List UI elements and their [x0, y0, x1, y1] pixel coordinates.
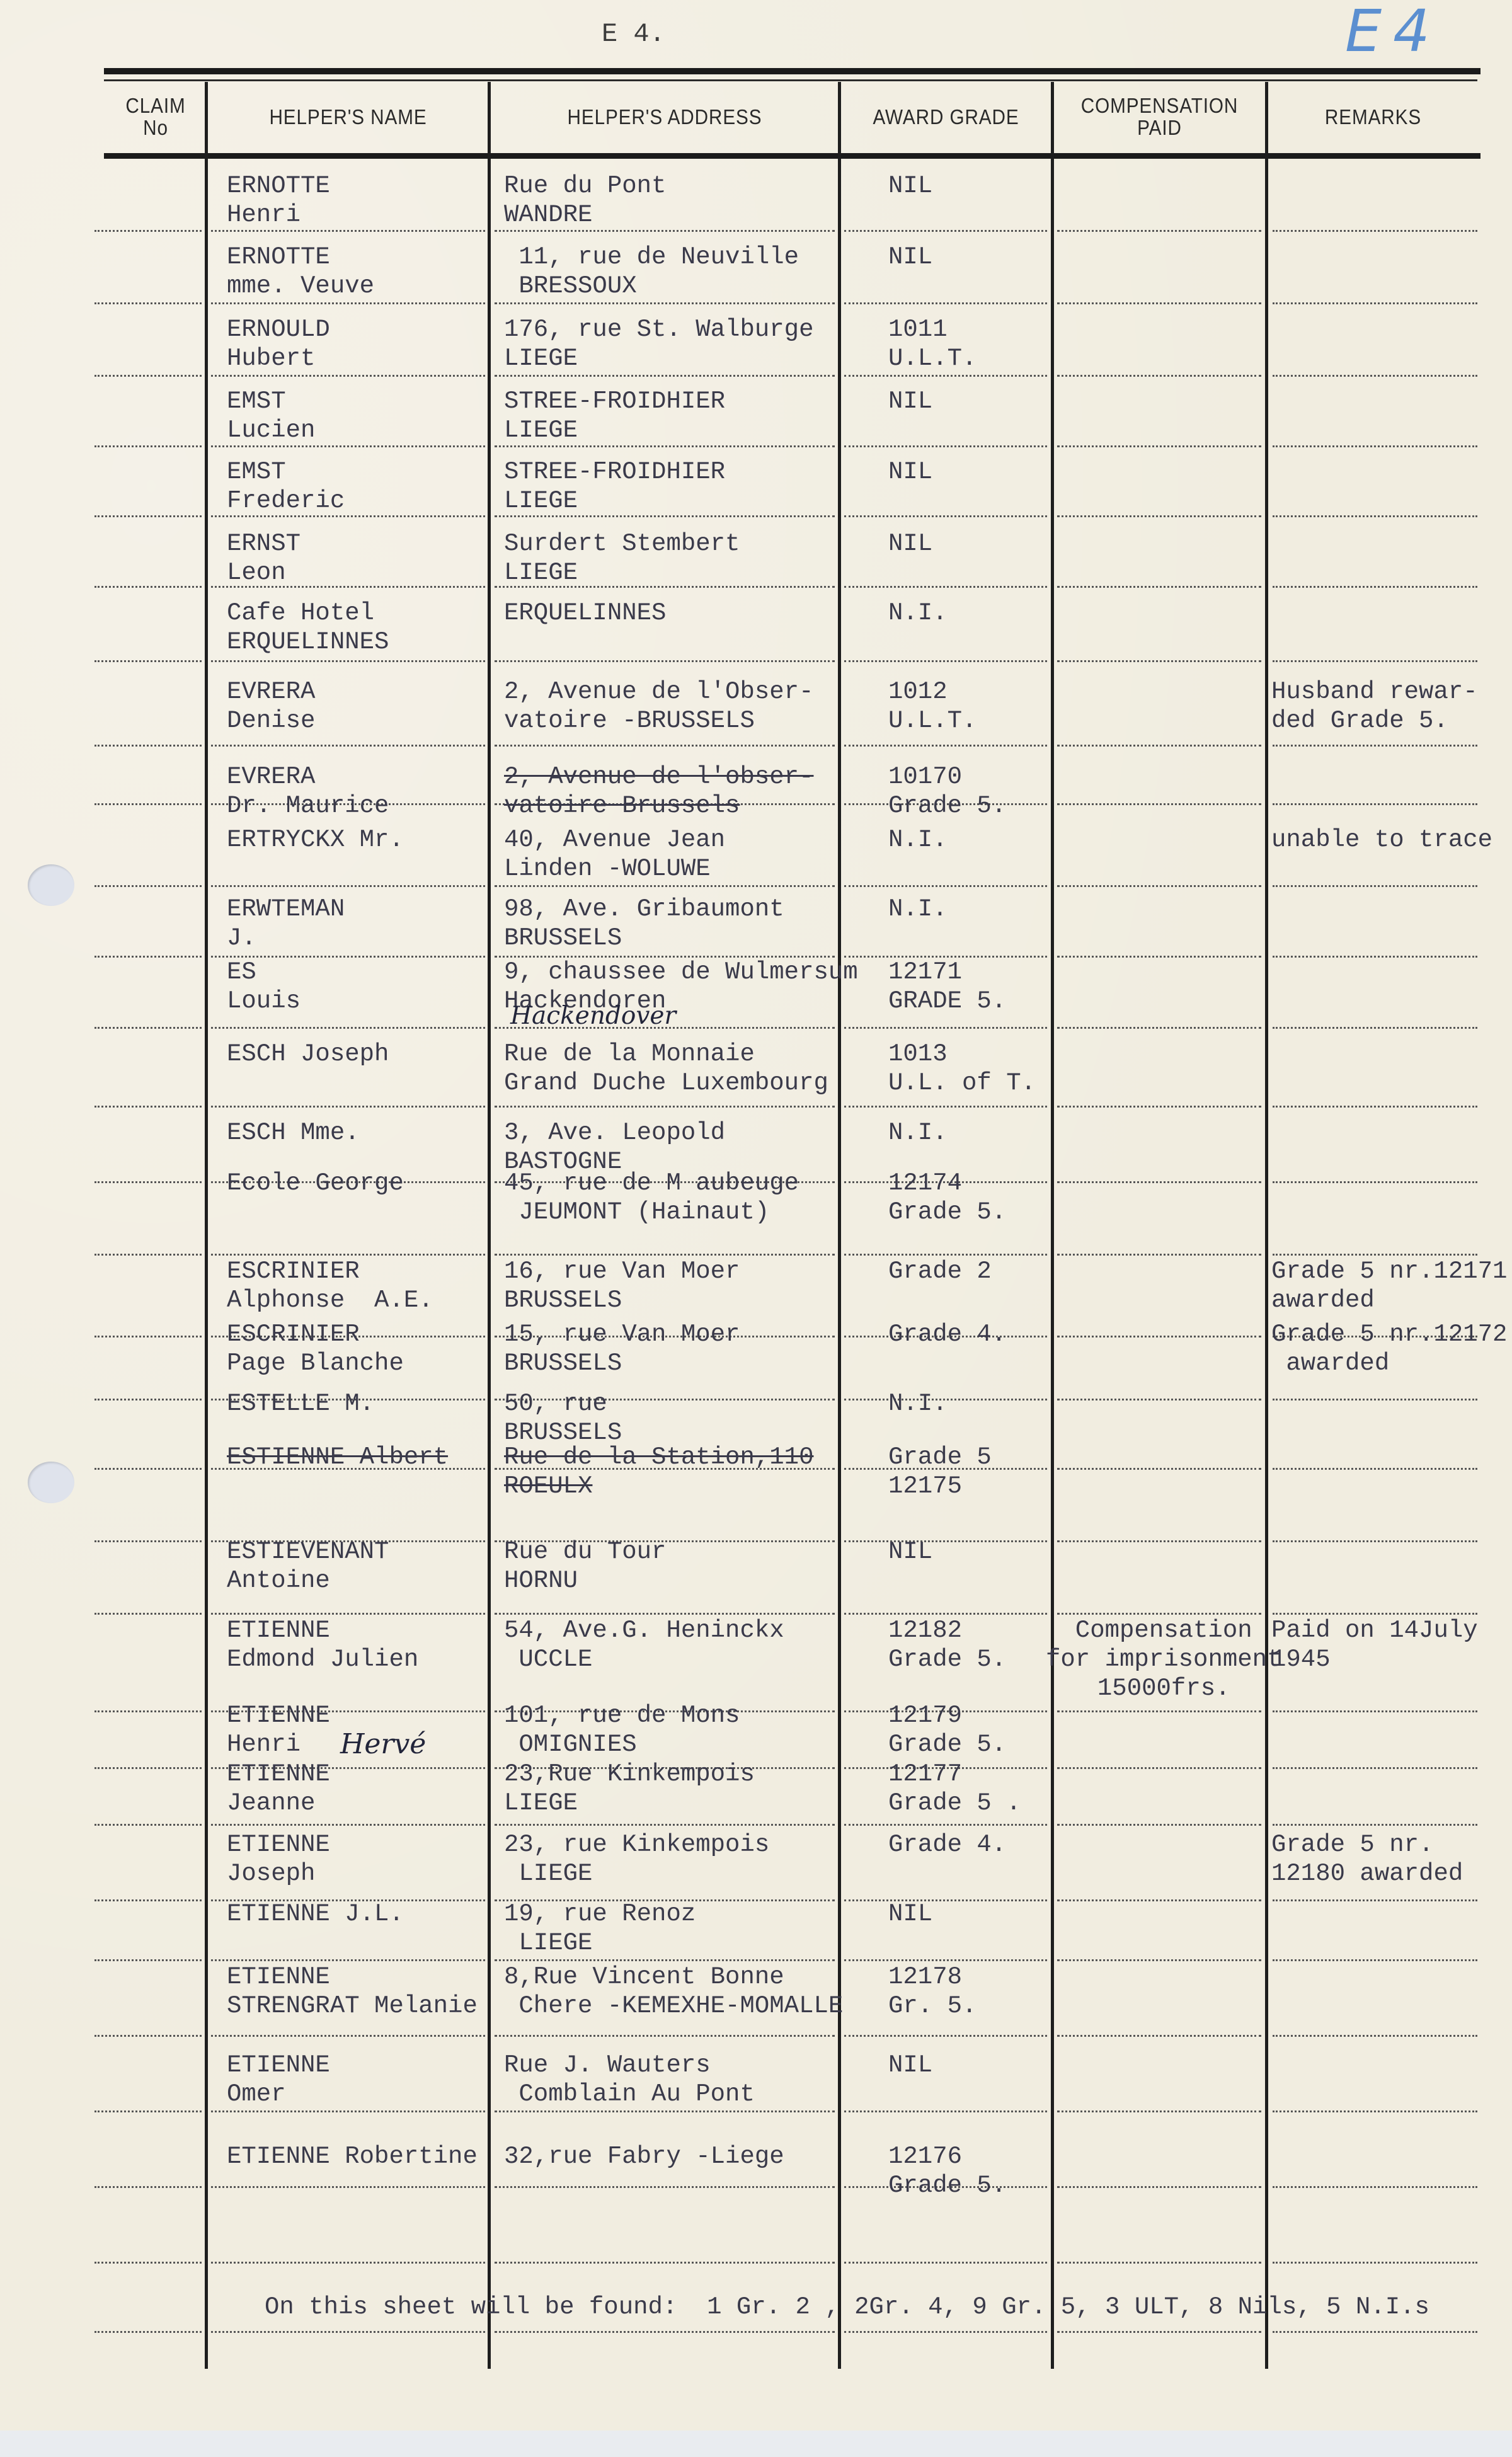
row-separator: [1273, 1106, 1477, 1108]
column-divider: [838, 82, 841, 2369]
header-helper-address: HELPER'S ADDRESS: [509, 82, 821, 152]
row-separator: [1273, 2186, 1477, 2188]
row-separator: [1057, 745, 1261, 747]
helper-address-cell: Rue du Pont WANDRE: [504, 171, 666, 229]
helper-address-cell: 45, rue de M aubeuge JEUMONT (Hainaut): [504, 1169, 799, 1227]
helper-name-cell: ESTELLE M.: [227, 1389, 374, 1418]
row-separator: [1057, 375, 1261, 377]
row-separator: [1057, 1399, 1261, 1400]
row-separator: [1273, 2110, 1477, 2112]
row-separator: [844, 885, 1047, 887]
row-separator: [495, 375, 835, 377]
helper-address-cell: 11, rue de Neuville BRESSOUX: [504, 243, 799, 301]
row-separator: [1273, 1613, 1477, 1615]
helper-address-cell: Rue J. Wauters Comblain Au Pont: [504, 2051, 755, 2109]
row-separator: [844, 660, 1047, 662]
row-separator: [211, 2110, 485, 2112]
helper-name-cell: Ecole George: [227, 1169, 404, 1198]
row-separator: [94, 1027, 202, 1029]
row-separator: [495, 660, 835, 662]
row-separator: [211, 660, 485, 662]
row-separator: [211, 1106, 485, 1108]
row-separator: [94, 1710, 202, 1712]
row-separator: [495, 445, 835, 447]
row-separator: [1057, 2035, 1261, 2037]
header-claim-no: CLAIM No: [111, 82, 200, 152]
row-separator: [495, 515, 835, 517]
row-separator: [211, 375, 485, 377]
row-separator: [211, 1254, 485, 1256]
row-separator: [495, 1824, 835, 1826]
row-separator: [94, 1399, 202, 1400]
row-separator: [844, 445, 1047, 447]
row-separator: [1057, 230, 1261, 232]
award-grade-cell: NIL: [888, 2051, 932, 2080]
row-separator: [844, 1106, 1047, 1108]
row-separator: [844, 2035, 1047, 2037]
helper-name-cell: EMST Frederic: [227, 457, 345, 515]
helper-address-cell: 98, Ave. Gribaumont BRUSSELS: [504, 895, 784, 953]
row-separator: [1057, 1106, 1261, 1108]
row-separator: [1273, 745, 1477, 747]
helper-address-cell: 32,rue Fabry -Liege: [504, 2142, 784, 2171]
award-grade-cell: 1013 U.L. of T.: [888, 1039, 1036, 1097]
row-separator: [94, 2186, 202, 2188]
helper-name-cell: ESTIENNE Albert: [227, 1443, 448, 1472]
row-separator: [1273, 1540, 1477, 1542]
row-separator: [94, 515, 202, 517]
helper-address-cell: 3, Ave. Leopold BASTOGNE: [504, 1118, 725, 1176]
helper-name-cell: ETIENNE Jeanne: [227, 1760, 330, 1818]
award-grade-cell: N.I.: [888, 825, 948, 854]
award-grade-cell: 12171 GRADE 5.: [888, 958, 1006, 1016]
row-separator: [1057, 2331, 1261, 2333]
header-remarks: REMARKS: [1278, 82, 1469, 152]
helper-name-cell: ERWTEMAN J.: [227, 895, 345, 953]
header-bottom-rule: [104, 153, 1480, 159]
award-grade-cell: 12174 Grade 5.: [888, 1169, 1006, 1227]
row-separator: [94, 445, 202, 447]
row-separator: [844, 1899, 1047, 1901]
helper-address-cell: Surdert Stembert LIEGE: [504, 529, 740, 587]
row-separator: [495, 2110, 835, 2112]
row-separator: [211, 1613, 485, 1615]
row-separator: [1273, 956, 1477, 958]
helper-address-cell: ERQUELINNES: [504, 598, 666, 627]
helper-name-cell: ETIENNE Henri: [227, 1701, 330, 1759]
row-separator: [94, 885, 202, 887]
award-grade-cell: N.I.: [888, 598, 948, 627]
award-grade-cell: 10170 Grade 5.: [888, 762, 1006, 820]
helper-address-cell: STREE-FROIDHIER LIEGE: [504, 457, 725, 515]
row-separator: [1057, 586, 1261, 588]
award-grade-cell: 12177 Grade 5 .: [888, 1760, 1021, 1818]
row-separator: [495, 2035, 835, 2037]
helper-name-cell: ESCRINIER Page Blanche: [227, 1320, 404, 1378]
handwritten-sheet-code: E4: [1345, 0, 1441, 65]
row-separator: [94, 1824, 202, 1826]
row-separator: [844, 1027, 1047, 1029]
row-separator: [1057, 1540, 1261, 1542]
row-separator: [1273, 803, 1477, 805]
row-separator: [495, 885, 835, 887]
row-separator: [94, 660, 202, 662]
award-grade-cell: 12182 Grade 5.: [888, 1616, 1006, 1674]
helper-address-cell: STREE-FROIDHIER LIEGE: [504, 387, 725, 445]
award-grade-cell: N.I.: [888, 895, 948, 924]
row-separator: [94, 2110, 202, 2112]
row-separator: [94, 745, 202, 747]
row-separator: [1273, 1959, 1477, 1961]
helper-address-cell: Rue de la Monnaie Grand Duche Luxembourg: [504, 1039, 828, 1097]
row-separator: [1057, 660, 1261, 662]
remarks-cell: Grade 5 nr. 12180 awarded: [1271, 1830, 1463, 1888]
row-separator: [211, 885, 485, 887]
helper-name-cell: ESCRINIER Alphonse A.E.: [227, 1257, 433, 1315]
award-grade-cell: 12179 Grade 5.: [888, 1701, 1006, 1759]
row-separator: [1057, 1468, 1261, 1470]
row-separator: [844, 1254, 1047, 1256]
row-separator: [94, 230, 202, 232]
row-separator: [94, 2035, 202, 2037]
helper-name-cell: ETIENNE STRENGRAT Melanie: [227, 1962, 478, 2020]
award-grade-cell: 12176 Grade 5.: [888, 2142, 1006, 2200]
helper-address-cell: 16, rue Van Moer BRUSSELS: [504, 1257, 740, 1315]
row-separator: [94, 2262, 202, 2264]
row-separator: [844, 515, 1047, 517]
remarks-cell: Paid on 14July 1945: [1271, 1616, 1478, 1674]
helper-name-cell: ESCH Mme.: [227, 1118, 360, 1147]
row-separator: [1057, 1899, 1261, 1901]
helper-address-cell: 50, rue BRUSSELS: [504, 1389, 622, 1447]
helper-address-cell: Rue du Tour HORNU: [504, 1537, 666, 1595]
row-separator: [1273, 1181, 1477, 1183]
remarks-cell: Husband rewar- ded Grade 5.: [1271, 677, 1478, 735]
row-separator: [1273, 1399, 1477, 1400]
helper-name-cell: ETIENNE Robertine: [227, 2142, 478, 2171]
helper-name-cell: ETIENNE Joseph: [227, 1830, 330, 1888]
row-separator: [844, 2262, 1047, 2264]
helper-address-cell: 15, rue Van Moer BRUSSELS: [504, 1320, 740, 1378]
row-separator: [94, 2331, 202, 2333]
row-separator: [94, 586, 202, 588]
row-separator: [1057, 803, 1261, 805]
row-separator: [1273, 1254, 1477, 1256]
row-separator: [844, 586, 1047, 588]
row-separator: [211, 1959, 485, 1961]
row-separator: [1057, 1027, 1261, 1029]
row-separator: [211, 745, 485, 747]
row-separator: [495, 230, 835, 232]
row-separator: [94, 1181, 202, 1183]
helper-address-cell: 19, rue Renoz LIEGE: [504, 1899, 696, 1957]
row-separator: [1057, 515, 1261, 517]
award-grade-cell: NIL: [888, 1899, 932, 1928]
helper-name-cell: ERNOULD Hubert: [227, 315, 330, 373]
sheet-code: E 4.: [602, 19, 665, 49]
row-separator: [1057, 1824, 1261, 1826]
row-separator: [1273, 1468, 1477, 1470]
row-separator: [1273, 885, 1477, 887]
award-grade-cell: 12178 Gr. 5.: [888, 1962, 976, 2020]
row-separator: [211, 2035, 485, 2037]
row-separator: [1273, 586, 1477, 588]
row-separator: [1273, 230, 1477, 232]
row-separator: [211, 302, 485, 304]
remarks-cell: unable to trace: [1271, 825, 1492, 854]
row-separator: [844, 230, 1047, 232]
row-separator: [211, 2186, 485, 2188]
punch-hole: [28, 1462, 74, 1503]
row-separator: [1273, 1767, 1477, 1769]
handwritten-name-correction: Hervé: [340, 1730, 426, 1759]
row-separator: [94, 302, 202, 304]
helper-address-cell: 8,Rue Vincent Bonne Chere -KEMEXHE-MOMAL…: [504, 1962, 843, 2020]
row-separator: [94, 1899, 202, 1901]
helper-name-cell: ESCH Joseph: [227, 1039, 389, 1068]
row-separator: [495, 2186, 835, 2188]
row-separator: [94, 1336, 202, 1337]
helper-address-cell: 54, Ave.G. Heninckx UCCLE: [504, 1616, 784, 1674]
helper-address-cell: 23,Rue Kinkempois LIEGE: [504, 1760, 755, 1818]
punch-hole: [28, 864, 74, 906]
row-separator: [1273, 445, 1477, 447]
row-separator: [211, 1027, 485, 1029]
row-separator: [1273, 660, 1477, 662]
helper-name-cell: ETIENNE J.L.: [227, 1899, 404, 1928]
helper-name-cell: ES Louis: [227, 958, 301, 1016]
award-grade-cell: Grade 4.: [888, 1830, 1006, 1859]
row-separator: [844, 302, 1047, 304]
row-separator: [1057, 956, 1261, 958]
row-separator: [844, 745, 1047, 747]
column-divider: [1051, 82, 1054, 2369]
row-separator: [495, 745, 835, 747]
row-separator: [1057, 1336, 1261, 1337]
helper-name-cell: EVRERA Denise: [227, 677, 315, 735]
award-grade-cell: Grade 4.: [888, 1320, 1006, 1349]
row-separator: [1273, 2035, 1477, 2037]
header-award-grade: AWARD GRADE: [852, 82, 1041, 152]
award-grade-cell: NIL: [888, 171, 932, 200]
row-separator: [1273, 1710, 1477, 1712]
header-top-thin-rule: [104, 79, 1477, 81]
helper-address-cell: Rue de la Station,110 ROEULX: [504, 1443, 813, 1501]
row-separator: [1057, 1181, 1261, 1183]
row-separator: [1057, 1767, 1261, 1769]
row-separator: [1273, 375, 1477, 377]
helper-name-cell: EVRERA Dr. Maurice: [227, 762, 389, 820]
helper-name-cell: ERNOTTE Henri: [227, 171, 330, 229]
helper-address-cell: 40, Avenue Jean Linden -WOLUWE: [504, 825, 725, 883]
award-grade-cell: 1012 U.L.T.: [888, 677, 976, 735]
row-separator: [94, 1468, 202, 1470]
row-separator: [495, 302, 835, 304]
row-separator: [844, 1824, 1047, 1826]
helper-address-cell: 23, rue Kinkempois LIEGE: [504, 1830, 769, 1888]
row-separator: [94, 1613, 202, 1615]
remarks-cell: Grade 5 nr.12172 awarded: [1271, 1320, 1507, 1378]
helper-address-cell: 2, Avenue de l'Obser- vatoire -BRUSSELS: [504, 677, 813, 735]
award-grade-cell: N.I.: [888, 1389, 948, 1418]
sheet-summary: On this sheet will be found: 1 Gr. 2 , 2…: [265, 2293, 1429, 2321]
row-separator: [211, 445, 485, 447]
row-separator: [844, 2110, 1047, 2112]
row-separator: [495, 2331, 835, 2333]
row-separator: [1273, 302, 1477, 304]
header-top-rule: [104, 68, 1480, 74]
helper-name-cell: ETIENNE Edmond Julien: [227, 1616, 418, 1674]
row-separator: [1273, 1027, 1477, 1029]
column-divider: [205, 82, 208, 2369]
helper-name-cell: ERNOTTE mme. Veuve: [227, 243, 374, 301]
row-separator: [211, 230, 485, 232]
award-grade-cell: 1011 U.L.T.: [888, 315, 976, 373]
row-separator: [1057, 2186, 1261, 2188]
row-separator: [844, 1540, 1047, 1542]
award-grade-cell: NIL: [888, 387, 932, 416]
row-separator: [211, 2262, 485, 2264]
row-separator: [1273, 515, 1477, 517]
row-separator: [1057, 302, 1261, 304]
award-grade-cell: NIL: [888, 529, 932, 558]
row-separator: [1273, 1824, 1477, 1826]
handwritten-address-correction: Hackendover: [510, 1002, 676, 1031]
row-separator: [495, 1106, 835, 1108]
award-grade-cell: Grade 2: [888, 1257, 992, 1286]
row-separator: [844, 1959, 1047, 1961]
row-separator: [94, 956, 202, 958]
award-grade-cell: NIL: [888, 1537, 932, 1566]
row-separator: [211, 515, 485, 517]
row-separator: [495, 1254, 835, 1256]
row-separator: [844, 1613, 1047, 1615]
helper-name-cell: ERTRYCKX Mr.: [227, 825, 404, 854]
award-grade-cell: N.I.: [888, 1118, 948, 1147]
row-separator: [495, 1959, 835, 1961]
row-separator: [844, 375, 1047, 377]
helper-name-cell: EMST Lucien: [227, 387, 315, 445]
row-separator: [94, 1540, 202, 1542]
row-separator: [1057, 445, 1261, 447]
row-separator: [211, 1824, 485, 1826]
row-separator: [1057, 1710, 1261, 1712]
helper-address-cell: 101, rue de Mons OMIGNIES: [504, 1701, 740, 1759]
row-separator: [94, 1767, 202, 1769]
row-separator: [94, 1254, 202, 1256]
document-sheet: E 4. E4 CLAIM No HELPER'S NAME HELPER'S …: [0, 0, 1512, 2431]
award-grade-cell: NIL: [888, 243, 932, 272]
helper-address-cell: 176, rue St. Walburge LIEGE: [504, 315, 813, 373]
row-separator: [1057, 2110, 1261, 2112]
row-separator: [1057, 1613, 1261, 1615]
row-separator: [1273, 1899, 1477, 1901]
row-separator: [495, 1613, 835, 1615]
award-grade-cell: Grade 5 12175: [888, 1443, 992, 1501]
header-helper-name: HELPER'S NAME: [222, 82, 474, 152]
row-separator: [94, 1959, 202, 1961]
helper-address-cell: 2, Avenue de l'obser- vatoire Brussels: [504, 762, 813, 820]
row-separator: [1273, 2262, 1477, 2264]
column-divider: [1265, 82, 1268, 2369]
row-separator: [495, 2262, 835, 2264]
helper-name-cell: ETIENNE Omer: [227, 2051, 330, 2109]
row-separator: [211, 2331, 485, 2333]
row-separator: [1057, 1959, 1261, 1961]
remarks-cell: Grade 5 nr.12171 awarded: [1271, 1257, 1507, 1315]
column-divider: [488, 82, 491, 2369]
row-separator: [1057, 1254, 1261, 1256]
row-separator: [844, 2331, 1047, 2333]
row-separator: [94, 375, 202, 377]
row-separator: [94, 803, 202, 805]
row-separator: [94, 1106, 202, 1108]
header-compensation-paid: COMPENSATION PAID: [1065, 82, 1255, 152]
row-separator: [1057, 2262, 1261, 2264]
row-separator: [1273, 2331, 1477, 2333]
award-grade-cell: NIL: [888, 457, 932, 486]
row-separator: [1057, 885, 1261, 887]
helper-name-cell: Cafe Hotel ERQUELINNES: [227, 598, 389, 656]
helper-name-cell: ESTIEVENANT Antoine: [227, 1537, 389, 1595]
compensation-cell: Compensation for imprisonment 15000frs.: [1046, 1616, 1281, 1703]
helper-name-cell: ERNST Leon: [227, 529, 301, 587]
